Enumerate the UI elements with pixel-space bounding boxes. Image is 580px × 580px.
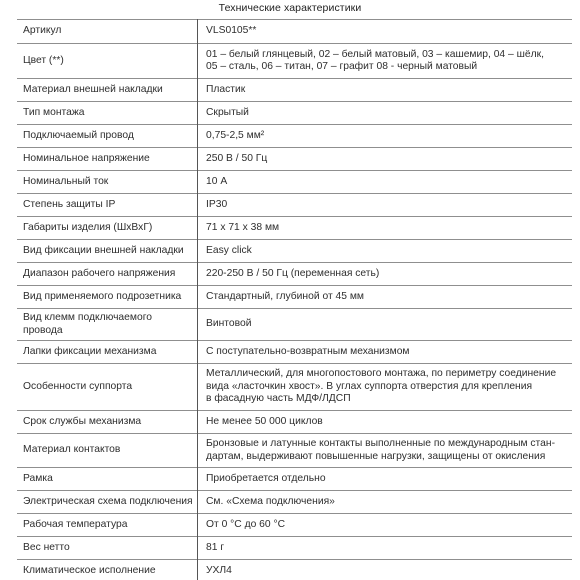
spec-row: Материал внешней накладкиПластик — [17, 79, 572, 102]
spec-row: Степень защиты IPIP30 — [17, 194, 572, 217]
spec-row: Подключаемый провод0,75-2,5 мм² — [17, 125, 572, 148]
spec-label: Габариты изделия (ШхВхГ) — [17, 217, 198, 240]
spec-label: Вес нетто — [17, 537, 198, 560]
spec-label: Климатическое исполнение — [17, 560, 198, 580]
spec-label: Тип монтажа — [17, 102, 198, 125]
spec-table-body: АртикулVLS0105**Цвет (**)01 – белый глян… — [17, 20, 572, 580]
spec-row: Вес нетто81 г — [17, 537, 572, 560]
spec-row: Габариты изделия (ШхВхГ)71 х 71 х 38 мм — [17, 217, 572, 240]
page-title: Технические характеристики — [0, 0, 580, 18]
spec-row: Вид фиксации внешней накладкиEasy click — [17, 240, 572, 263]
spec-value: См. «Схема подключения» — [198, 491, 573, 514]
spec-value: Пластик — [198, 79, 573, 102]
spec-label: Степень защиты IP — [17, 194, 198, 217]
spec-value: Не менее 50 000 циклов — [198, 411, 573, 434]
spec-row: Климатическое исполнениеУХЛ4 — [17, 560, 572, 580]
spec-value: Приобретается отдельно — [198, 468, 573, 491]
spec-row: Вид клемм подключаемого проводаВинтовой — [17, 309, 572, 341]
spec-label: Лапки фиксации механизма — [17, 341, 198, 364]
spec-label: Материал контактов — [17, 434, 198, 468]
spec-row: Номинальное напряжение250 В / 50 Гц — [17, 148, 572, 171]
spec-row: Номинальный ток10 А — [17, 171, 572, 194]
spec-row: Вид применяемого подрозетникаСтандартный… — [17, 286, 572, 309]
spec-label: Срок службы механизма — [17, 411, 198, 434]
spec-value: 71 х 71 х 38 мм — [198, 217, 573, 240]
spec-value: Металлический, для многопостового монтаж… — [198, 364, 573, 411]
spec-value: УХЛ4 — [198, 560, 573, 580]
spec-value: Винтовой — [198, 309, 573, 341]
spec-row: Тип монтажаСкрытый — [17, 102, 572, 125]
spec-row: Материал контактовБронзовые и латунные к… — [17, 434, 572, 468]
spec-value: 01 – белый глянцевый, 02 – белый матовый… — [198, 44, 573, 79]
spec-label: Рамка — [17, 468, 198, 491]
spec-value: 81 г — [198, 537, 573, 560]
spec-label: Особенности суппорта — [17, 364, 198, 411]
spec-row: Диапазон рабочего напряжения220-250 В / … — [17, 263, 572, 286]
spec-label: Вид фиксации внешней накладки — [17, 240, 198, 263]
spec-value: 0,75-2,5 мм² — [198, 125, 573, 148]
spec-label: Вид применяемого подрозетника — [17, 286, 198, 309]
spec-value: VLS0105** — [198, 20, 573, 44]
spec-row: Лапки фиксации механизмаС поступательно-… — [17, 341, 572, 364]
spec-label: Электрическая схема подключения — [17, 491, 198, 514]
spec-row: Электрическая схема подключенияСм. «Схем… — [17, 491, 572, 514]
spec-label: Подключаемый провод — [17, 125, 198, 148]
spec-value: От 0 °С до 60 °С — [198, 514, 573, 537]
spec-label: Номинальный ток — [17, 171, 198, 194]
spec-label: Диапазон рабочего напряжения — [17, 263, 198, 286]
spec-row: Срок службы механизмаНе менее 50 000 цик… — [17, 411, 572, 434]
spec-label: Материал внешней накладки — [17, 79, 198, 102]
spec-label: Вид клемм подключаемого провода — [17, 309, 198, 341]
spec-row: Рабочая температураОт 0 °С до 60 °С — [17, 514, 572, 537]
spec-value: Стандартный, глубиной от 45 мм — [198, 286, 573, 309]
spec-value: 250 В / 50 Гц — [198, 148, 573, 171]
spec-row: РамкаПриобретается отдельно — [17, 468, 572, 491]
spec-value: Easy click — [198, 240, 573, 263]
spec-value: С поступательно-возвратным механизмом — [198, 341, 573, 364]
spec-label: Номинальное напряжение — [17, 148, 198, 171]
spec-table: АртикулVLS0105**Цвет (**)01 – белый глян… — [17, 19, 572, 580]
spec-label: Артикул — [17, 20, 198, 44]
spec-value: IP30 — [198, 194, 573, 217]
spec-value: 220-250 В / 50 Гц (переменная сеть) — [198, 263, 573, 286]
spec-value: Бронзовые и латунные контакты выполненны… — [198, 434, 573, 468]
spec-label: Рабочая температура — [17, 514, 198, 537]
spec-value: 10 А — [198, 171, 573, 194]
spec-row: АртикулVLS0105** — [17, 20, 572, 44]
spec-label: Цвет (**) — [17, 44, 198, 79]
spec-row: Особенности суппортаМеталлический, для м… — [17, 364, 572, 411]
spec-row: Цвет (**)01 – белый глянцевый, 02 – белы… — [17, 44, 572, 79]
spec-value: Скрытый — [198, 102, 573, 125]
